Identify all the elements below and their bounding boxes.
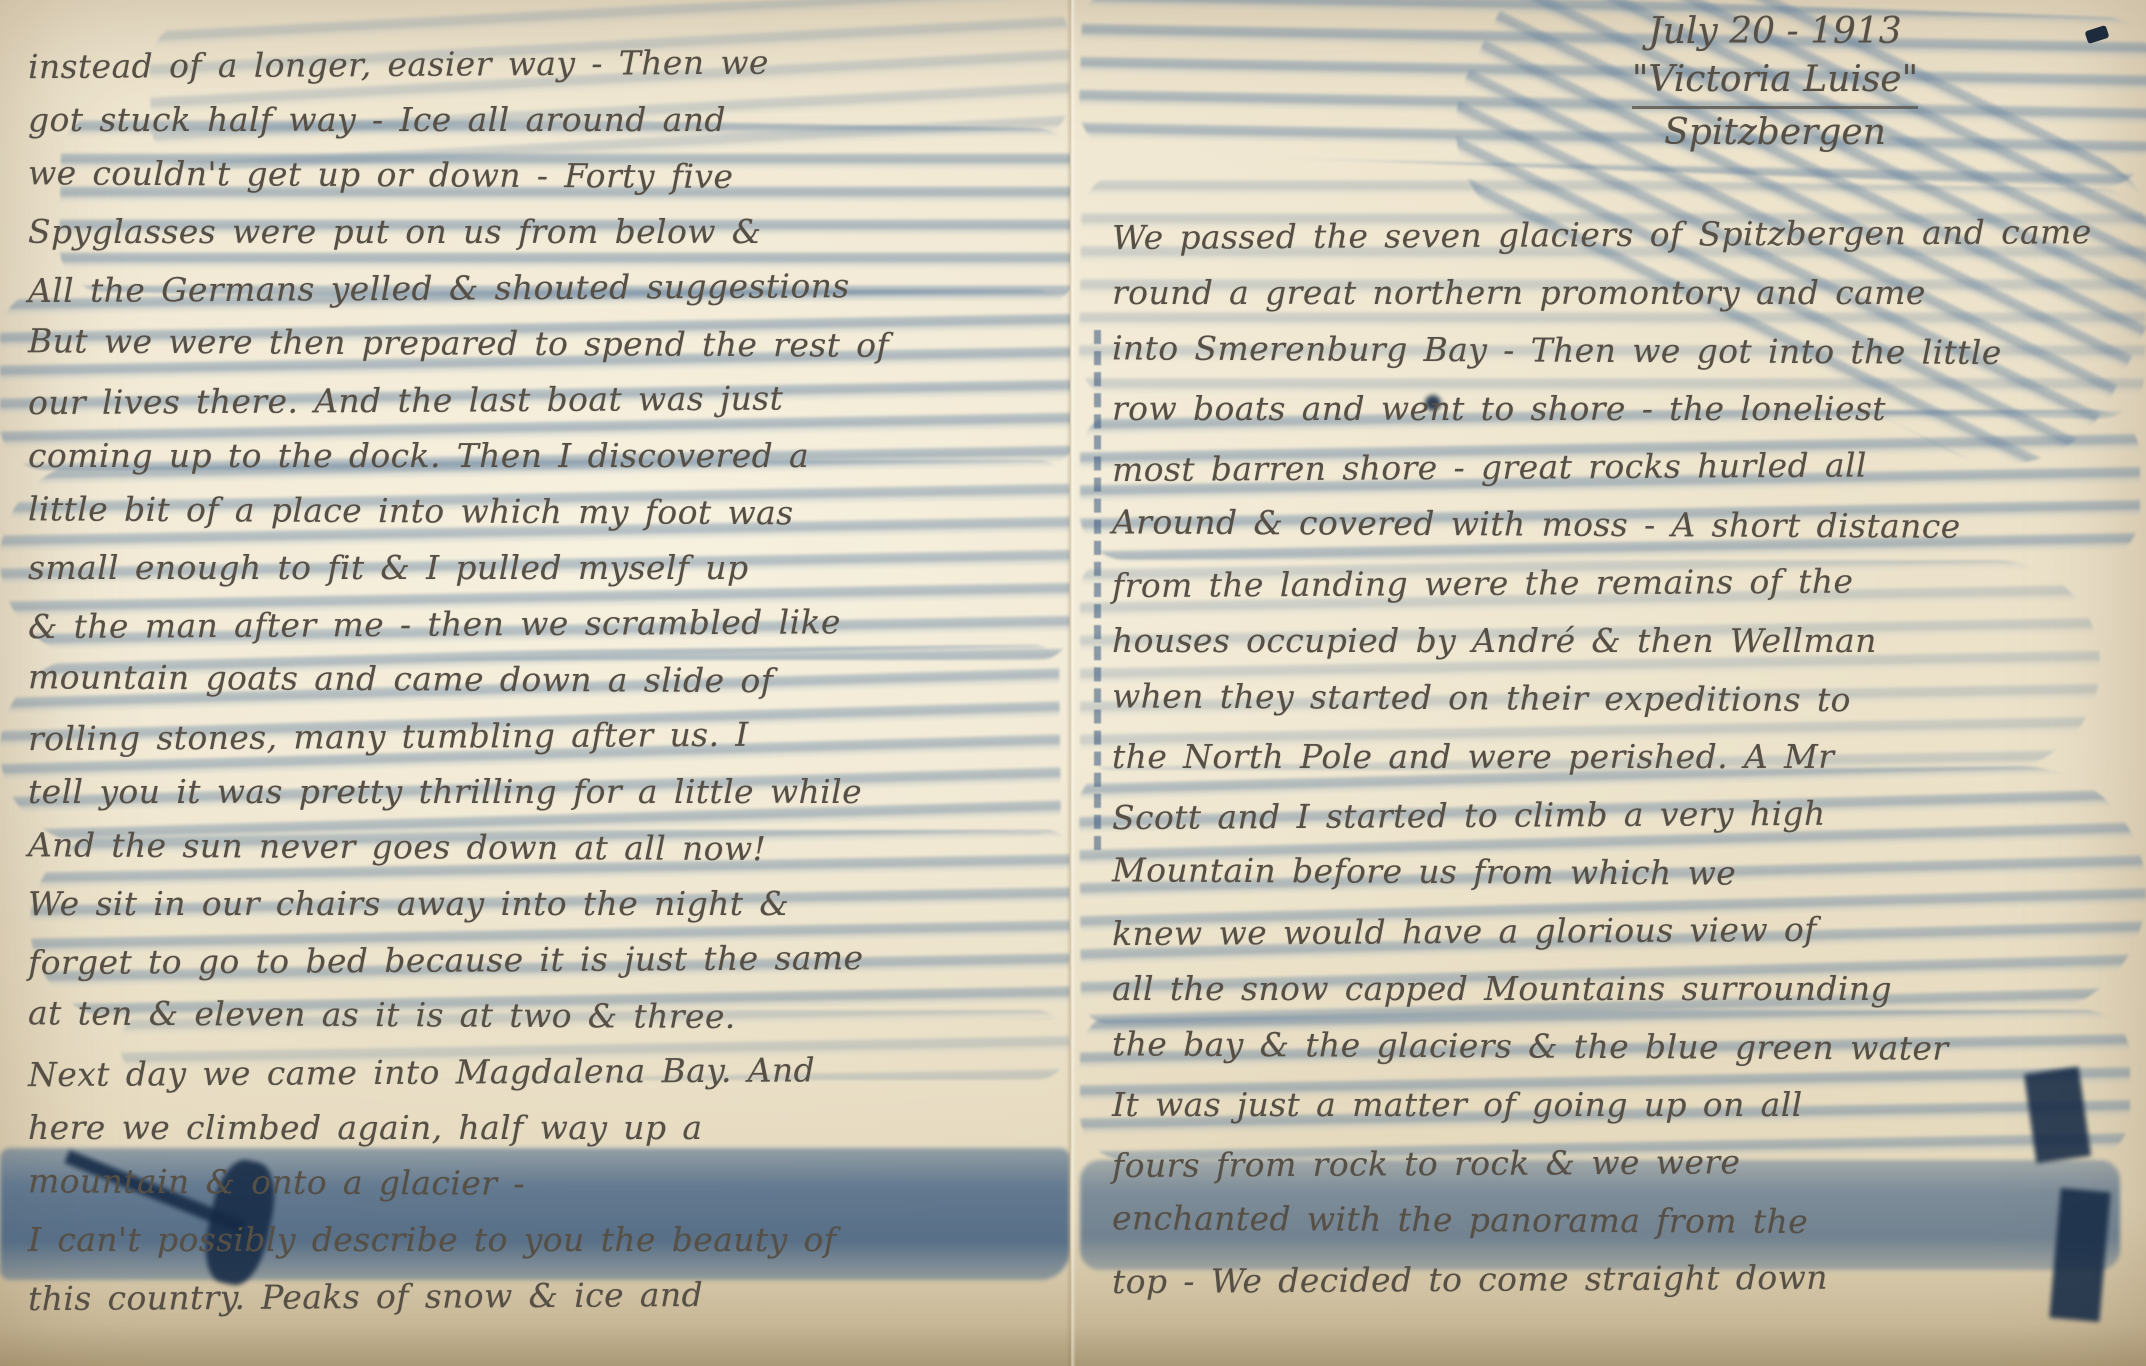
- center-fold-crease: [1066, 0, 1076, 1366]
- right-page-text: We passed the seven glaciers of Spitzber…: [1112, 206, 2132, 1308]
- letter-header: July 20 - 1913 "Victoria Luise" Spitzber…: [1540, 8, 2010, 157]
- letter-line: But we were then prepared to spend the r…: [28, 313, 1066, 374]
- letter-line: forget to go to bed because it is just t…: [28, 929, 1066, 991]
- letter-line: from the landing were the remains of the: [1112, 551, 2132, 615]
- letter-line: fours from rock to rock & we were: [1112, 1131, 2132, 1195]
- letter-line: here we climbed again, half way up a: [28, 1100, 1066, 1156]
- letter-line: top - We decided to come straight down: [1112, 1247, 2132, 1311]
- ship-name: "Victoria Luise": [1632, 56, 1918, 109]
- letter-line: round a great northern promontory and ca…: [1112, 264, 2132, 322]
- left-page-text: instead of a longer, easier way - Then w…: [28, 36, 1066, 1324]
- letter-line: into Smerenburg Bay - Then we got into t…: [1112, 319, 2132, 382]
- center-fold-stitching: [1094, 330, 1101, 850]
- letter-line: the bay & the glaciers & the blue green …: [1112, 1015, 2132, 1078]
- letter-line: rolling stones, many tumbling after us. …: [28, 705, 1066, 767]
- letter-place: Spitzbergen: [1540, 109, 2010, 157]
- letter-line: our lives there. And the last boat was j…: [28, 369, 1066, 431]
- letter-line: mountain goats and came down a slide of: [28, 649, 1066, 710]
- letter-line: at ten & eleven as it is at two & three.: [28, 985, 1066, 1046]
- letter-line: Mountain before us from which we: [1112, 841, 2132, 904]
- letter-line: all the snow capped Mountains surroundin…: [1112, 960, 2132, 1018]
- letter-line: instead of a longer, easier way - Then w…: [28, 33, 1066, 95]
- letter-date: July 20 - 1913: [1540, 8, 2010, 56]
- letter-line: It was just a matter of going up on all: [1112, 1076, 2132, 1134]
- letter-line: I can't possibly describe to you the bea…: [28, 1212, 1066, 1268]
- letter-line: little bit of a place into which my foot…: [28, 481, 1066, 542]
- letter-line: small enough to fit & I pulled myself up: [28, 540, 1066, 596]
- letter-line: coming up to the dock. Then I discovered…: [28, 428, 1066, 484]
- letter-line: All the Germans yelled & shouted suggest…: [28, 257, 1066, 319]
- letter-line: houses occupied by André & then Wellman: [1112, 612, 2132, 670]
- letter-line: And the sun never goes down at all now!: [28, 817, 1066, 878]
- letter-line: Around & covered with moss - A short dis…: [1112, 493, 2132, 556]
- letter-line: Spyglasses were put on us from below &: [28, 204, 1066, 260]
- letter-line: this country. Peaks of snow & ice and: [28, 1265, 1066, 1327]
- letter-line: We sit in our chairs away into the night…: [28, 876, 1066, 932]
- letter-line: & the man after me - then we scrambled l…: [28, 593, 1066, 655]
- letter-line: tell you it was pretty thrilling for a l…: [28, 764, 1066, 820]
- letter-line: We passed the seven glaciers of Spitzber…: [1112, 203, 2132, 267]
- letter-line: mountain & onto a glacier -: [28, 1153, 1066, 1214]
- letter-line: we couldn't get up or down - Forty five: [28, 145, 1066, 206]
- letter-line: knew we would have a glorious view of: [1112, 899, 2132, 963]
- letter-line: the North Pole and were perished. A Mr: [1112, 728, 2132, 786]
- letter-line: Next day we came into Magdalena Bay. And: [28, 1041, 1066, 1103]
- letter-line: got stuck half way - Ice all around and: [28, 92, 1066, 148]
- letter-line: enchanted with the panorama from the: [1112, 1189, 2132, 1252]
- letter-scan: July 20 - 1913 "Victoria Luise" Spitzber…: [0, 0, 2146, 1366]
- letter-line: row boats and went to shore - the loneli…: [1112, 380, 2132, 438]
- letter-line: Scott and I started to climb a very high: [1112, 783, 2132, 847]
- letter-line: most barren shore - great rocks hurled a…: [1112, 435, 2132, 499]
- letter-line: when they started on their expeditions t…: [1112, 667, 2132, 730]
